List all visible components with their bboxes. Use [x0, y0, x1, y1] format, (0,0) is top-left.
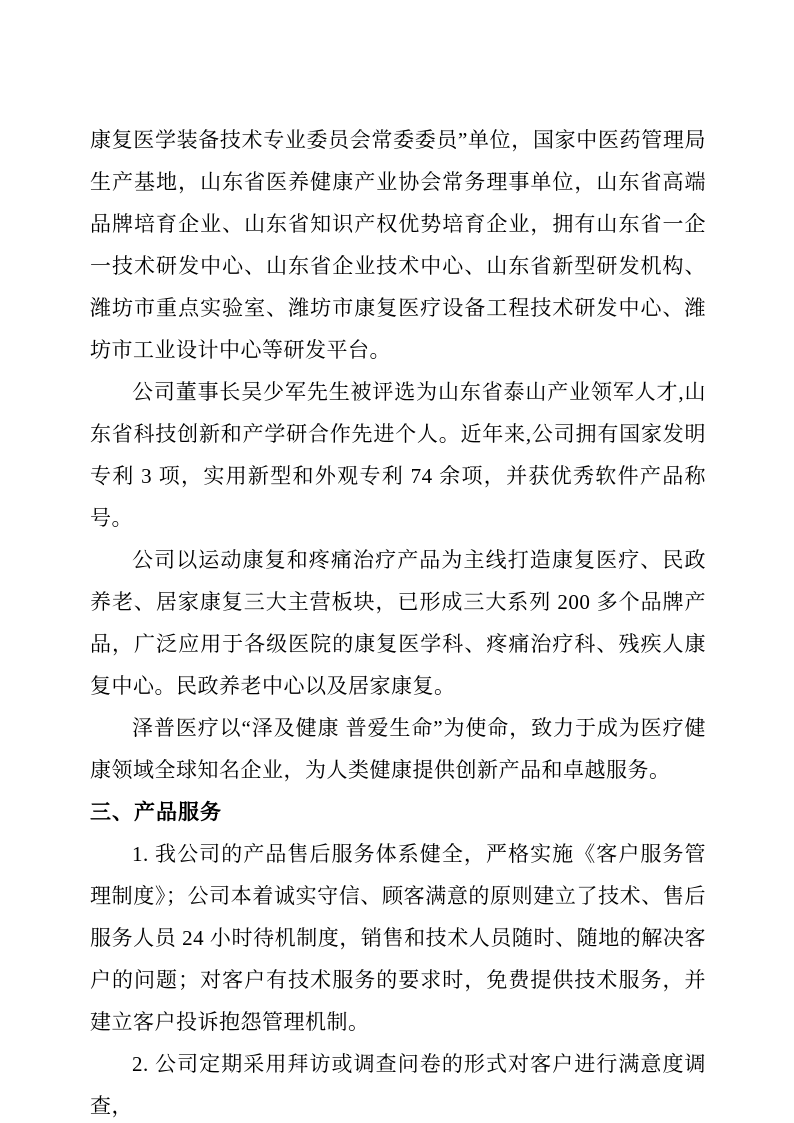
- paragraph-item-2-satisfaction-survey: 2. 公司定期采用拜访或调查问卷的形式对客户进行满意度调查，: [90, 1043, 706, 1123]
- paragraph-mission: 泽普医疗以“泽及健康 普爱生命”为使命，致力于成为医疗健康领域全球知名企业，为人…: [90, 707, 706, 791]
- document-body: 康复医学装备技术专业委员会常委委员”单位，国家中医药管理局生产基地，山东省医养健…: [90, 119, 706, 1123]
- paragraph-chairman-awards: 公司董事长吴少军先生被评选为山东省泰山产业领军人才,山东省科技创新和产学研合作先…: [90, 371, 706, 539]
- paragraph-product-lines: 公司以运动康复和疼痛治疗产品为主线打造康复医疗、民政养老、居家康复三大主营板块，…: [90, 539, 706, 707]
- paragraph-item-1-after-sales: 1. 我公司的产品售后服务体系健全，严格实施《客户服务管理制度》；公司本着诚实守…: [90, 833, 706, 1043]
- paragraph-continuation: 康复医学装备技术专业委员会常委委员”单位，国家中医药管理局生产基地，山东省医养健…: [90, 119, 706, 371]
- document-page: 康复医学装备技术专业委员会常委委员”单位，国家中医药管理局生产基地，山东省医养健…: [0, 0, 794, 1123]
- section-heading-product-service: 三、产品服务: [90, 791, 706, 833]
